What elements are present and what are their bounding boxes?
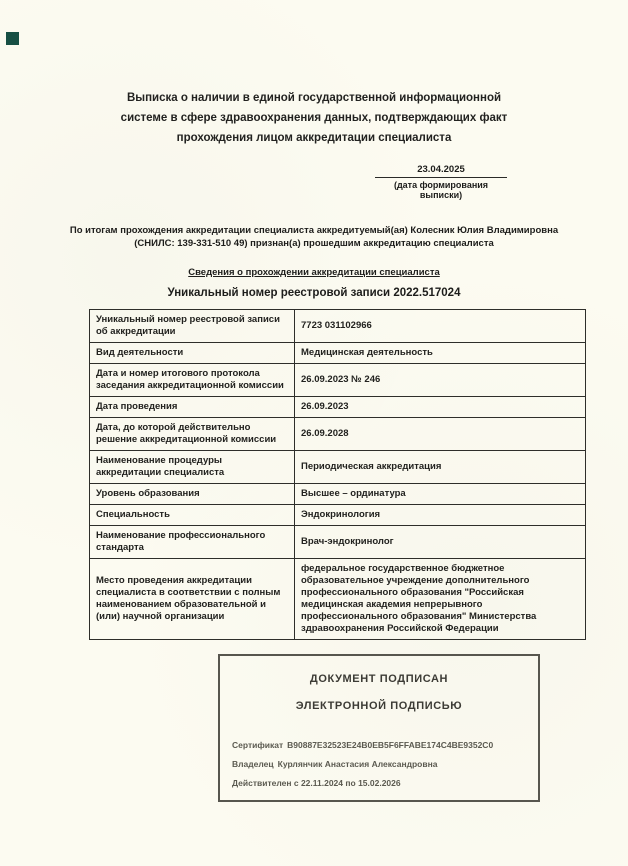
- table-row-value: Медицинская деятельность: [295, 343, 586, 364]
- validity-text: Действителен с 22.11.2024 по 15.02.2026: [232, 778, 401, 788]
- certificate-line: СертификатB90887E32523E24B0EB5F6FFABE174…: [232, 740, 526, 750]
- document-title-line-3: прохождения лицом аккредитации специалис…: [79, 128, 549, 148]
- table-row-value: 7723 031102966: [295, 310, 586, 343]
- stamp-details: СертификатB90887E32523E24B0EB5F6FFABE174…: [232, 740, 526, 788]
- table-row-label: Наименование профессионального стандарта: [90, 526, 295, 559]
- table-row: Дата, до которой действительно решение а…: [90, 418, 586, 451]
- owner-value: Курлянчик Анастасия Александровна: [278, 759, 438, 769]
- table-row-label: Специальность: [90, 505, 295, 526]
- table-row: Вид деятельности Медицинская деятельност…: [90, 343, 586, 364]
- table-row-label: Наименование процедуры аккредитации спец…: [90, 451, 295, 484]
- table-row-value: Высшее – ординатура: [295, 484, 586, 505]
- table-row-label: Уровень образования: [90, 484, 295, 505]
- table-row: Уникальный номер реестровой записи об ак…: [90, 310, 586, 343]
- table-row-value: Периодическая аккредитация: [295, 451, 586, 484]
- table-row-label: Место проведения аккредитации специалист…: [90, 559, 295, 640]
- table-row: Дата проведения 26.09.2023: [90, 397, 586, 418]
- table-row: Дата и номер итогового протокола заседан…: [90, 364, 586, 397]
- scan-corner-mark: [6, 32, 19, 45]
- stamp-title-line-1: ДОКУМЕНТ ПОДПИСАН: [232, 666, 526, 693]
- table-row-value: Врач-эндокринолог: [295, 526, 586, 559]
- accreditation-result-paragraph: По итогам прохождения аккредитации специ…: [64, 224, 564, 250]
- stamp-title: ДОКУМЕНТ ПОДПИСАН ЭЛЕКТРОННОЙ ПОДПИСЬЮ: [232, 666, 526, 720]
- section-heading: Сведения о прохождении аккредитации спец…: [0, 267, 628, 278]
- table-row-label: Дата проведения: [90, 397, 295, 418]
- generation-date: 23.04.2025: [375, 164, 507, 178]
- document-title: Выписка о наличии в единой государственн…: [79, 88, 549, 148]
- generation-date-caption: (дата формирования выписки): [375, 178, 507, 200]
- table-row: Наименование профессионального стандарта…: [90, 526, 586, 559]
- stamp-title-line-2: ЭЛЕКТРОННОЙ ПОДПИСЬЮ: [232, 693, 526, 720]
- table-row: Место проведения аккредитации специалист…: [90, 559, 586, 640]
- document-title-line-1: Выписка о наличии в единой государственн…: [79, 88, 549, 108]
- table-row: Уровень образования Высшее – ординатура: [90, 484, 586, 505]
- electronic-signature-stamp: ДОКУМЕНТ ПОДПИСАН ЭЛЕКТРОННОЙ ПОДПИСЬЮ С…: [218, 654, 540, 802]
- generation-date-block: 23.04.2025 (дата формирования выписки): [375, 164, 507, 200]
- accreditation-details-table: Уникальный номер реестровой записи об ак…: [89, 309, 586, 640]
- table-row: Наименование процедуры аккредитации спец…: [90, 451, 586, 484]
- owner-line: ВладелецКурлянчик Анастасия Александровн…: [232, 759, 526, 769]
- table-row-label: Дата, до которой действительно решение а…: [90, 418, 295, 451]
- registry-number-heading: Уникальный номер реестровой записи 2022.…: [0, 287, 628, 299]
- certificate-label: Сертификат: [232, 740, 283, 750]
- table-row-label: Вид деятельности: [90, 343, 295, 364]
- validity-line: Действителен с 22.11.2024 по 15.02.2026: [232, 778, 526, 788]
- table-row-label: Уникальный номер реестровой записи об ак…: [90, 310, 295, 343]
- table-row-value: 26.09.2028: [295, 418, 586, 451]
- document-title-line-2: системе в сфере здравоохранения данных, …: [79, 108, 549, 128]
- accreditation-table-body: Уникальный номер реестровой записи об ак…: [90, 310, 586, 640]
- certificate-value: B90887E32523E24B0EB5F6FFABE174C4BE9352C0: [287, 740, 493, 750]
- table-row-value: 26.09.2023 № 246: [295, 364, 586, 397]
- owner-label: Владелец: [232, 759, 274, 769]
- scanned-document-page: Выписка о наличии в единой государственн…: [0, 0, 628, 866]
- table-row: Специальность Эндокринология: [90, 505, 586, 526]
- table-row-value: Эндокринология: [295, 505, 586, 526]
- table-row-value: федеральное государственное бюджетное об…: [295, 559, 586, 640]
- table-row-value: 26.09.2023: [295, 397, 586, 418]
- table-row-label: Дата и номер итогового протокола заседан…: [90, 364, 295, 397]
